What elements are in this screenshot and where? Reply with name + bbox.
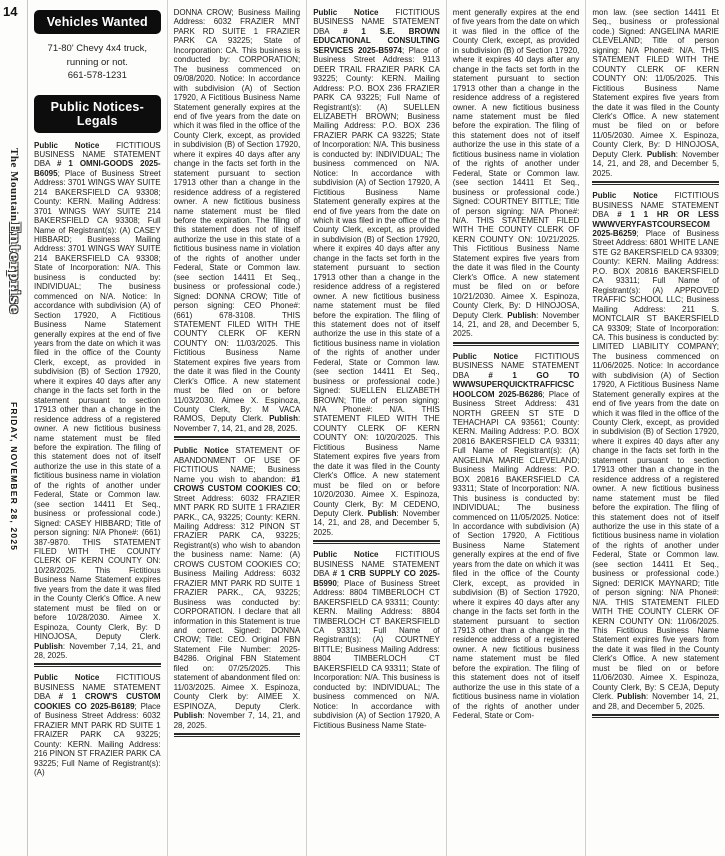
notice-column-3-body: Public Notice FICTITIOUS BUSINESS NAME S… <box>313 8 440 730</box>
masthead-title: The Mountain <box>8 148 20 222</box>
masthead-title-fancy: Enterprise <box>6 222 22 315</box>
page-number: 14 <box>3 4 17 19</box>
legal-notice-text: Public Notice FICTITIOUS BUSINESS NAME S… <box>34 673 161 777</box>
legal-notice-text: Public Notice FICTITIOUS BUSINESS NAME S… <box>313 8 440 537</box>
legal-notice-text: Public Notice FICTITIOUS BUSINESS NAME S… <box>453 352 580 721</box>
notice-divider <box>592 714 719 718</box>
legal-notice-text: Public Notice FICTITIOUS BUSINESS NAME S… <box>592 191 719 711</box>
ad-line-1: 71-80' Chevy 4x4 truck, <box>34 42 161 56</box>
column-1: Vehicles Wanted 71-80' Chevy 4x4 truck, … <box>28 0 168 856</box>
vehicles-wanted-banner: Vehicles Wanted <box>34 10 161 34</box>
notice-column-2-body: DONNA CROW; Business Mailing Address: 60… <box>174 8 301 737</box>
ad-line-2: running or not. <box>34 56 161 70</box>
notice-divider <box>34 663 161 667</box>
legal-notice-text: Public Notice FICTITIOUS BUSINESS NAME S… <box>313 550 440 730</box>
notice-divider <box>592 181 719 185</box>
notice-divider <box>174 436 301 440</box>
legal-notice-columns: Vehicles Wanted 71-80' Chevy 4x4 truck, … <box>28 0 725 856</box>
legal-notice-text: ment generally expires at the end of fiv… <box>453 8 580 339</box>
legal-notice-text: mon law. (see section 14411 Et Seq., bus… <box>592 8 719 178</box>
legal-notice-text: Public Notice STATEMENT OF ABANDONMENT O… <box>174 446 301 730</box>
masthead-date: FRIDAY, NOVEMBER 28, 2025 <box>9 402 19 551</box>
classified-ad-vehicles: 71-80' Chevy 4x4 truck, running or not. … <box>34 42 161 83</box>
notice-divider <box>174 733 301 737</box>
column-3: Public Notice FICTITIOUS BUSINESS NAME S… <box>307 0 447 856</box>
notice-column-5-body: mon law. (see section 14411 Et Seq., bus… <box>592 8 719 718</box>
column-2: DONNA CROW; Business Mailing Address: 60… <box>168 0 308 856</box>
notice-column-4-body: ment generally expires at the end of fiv… <box>453 8 580 721</box>
column-4: ment generally expires at the end of fiv… <box>447 0 587 856</box>
ad-phone: 661-578-1231 <box>34 69 161 83</box>
legal-notice-text: Public Notice FICTITIOUS BUSINESS NAME S… <box>34 141 161 661</box>
masthead-rail: 14 The Mountain Enterprise FRIDAY, NOVEM… <box>0 0 28 856</box>
notice-column-1-body: Public Notice FICTITIOUS BUSINESS NAME S… <box>34 141 161 778</box>
newspaper-page: 14 The Mountain Enterprise FRIDAY, NOVEM… <box>0 0 725 856</box>
column-5: mon law. (see section 14411 Et Seq., bus… <box>586 0 725 856</box>
legal-notice-text: DONNA CROW; Business Mailing Address: 60… <box>174 8 301 433</box>
notice-divider <box>453 342 580 346</box>
notice-divider <box>313 540 440 544</box>
masthead-spine: The Mountain Enterprise FRIDAY, NOVEMBER… <box>0 148 28 552</box>
public-notices-legals-banner: Public Notices-Legals <box>34 95 161 133</box>
